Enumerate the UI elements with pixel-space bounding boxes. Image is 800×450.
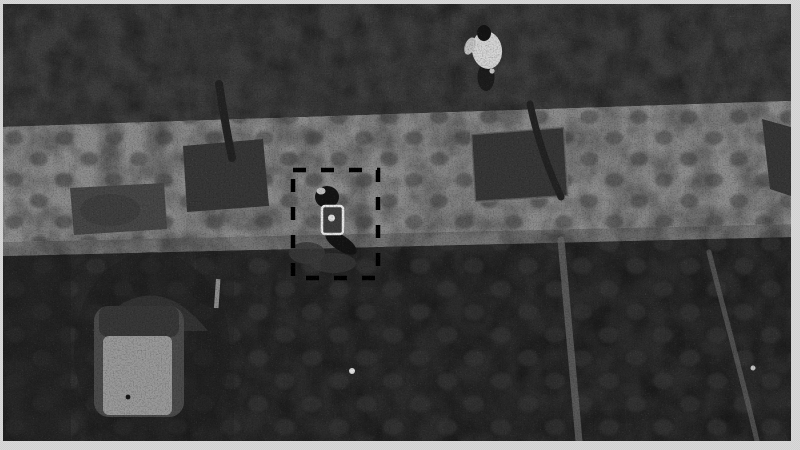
figure-container: [0, 0, 800, 450]
surveillance-photo: [0, 0, 800, 450]
grain-light-overlay: [3, 4, 791, 441]
